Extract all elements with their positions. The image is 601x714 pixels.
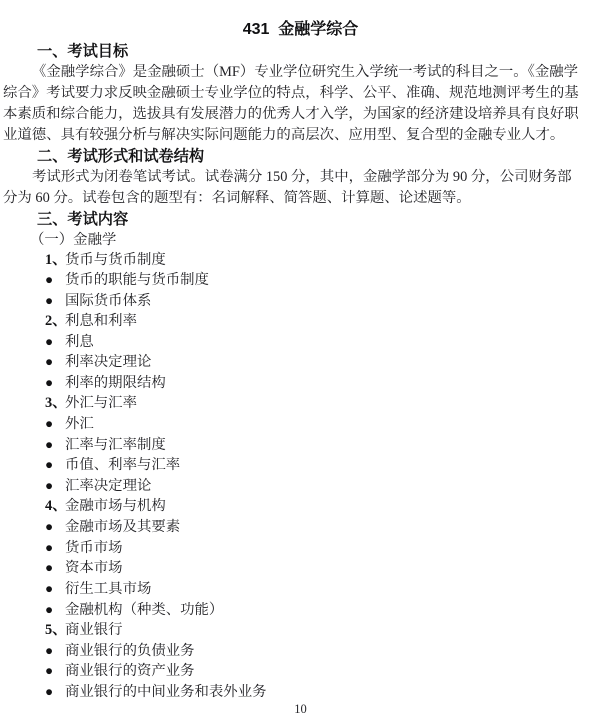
bullet-icon: ● bbox=[45, 558, 65, 578]
outline-item: 3、外汇与汇率 bbox=[45, 394, 601, 414]
outline-item-text: 商业银行的负债业务 bbox=[65, 643, 195, 659]
outline-item-text: 利息 bbox=[65, 334, 94, 350]
outline-item: ●外汇 bbox=[45, 414, 601, 435]
outline-item-text: 金融机构（种类、功能） bbox=[65, 602, 223, 618]
outline-item-text: 外汇 bbox=[65, 416, 94, 432]
outline-item-text: 货币与货币制度 bbox=[65, 252, 166, 268]
item-number: 5、 bbox=[45, 621, 65, 641]
bullet-icon: ● bbox=[45, 291, 65, 311]
outline-item-text: 金融市场与机构 bbox=[65, 498, 166, 514]
outline-item: ●商业银行的资产业务 bbox=[45, 661, 601, 682]
bullet-icon: ● bbox=[45, 455, 65, 475]
outline-item: ●利息 bbox=[45, 332, 601, 353]
outline-item-text: 利息和利率 bbox=[65, 313, 137, 329]
outline-item-text: 资本市场 bbox=[65, 560, 123, 576]
item-number: 4、 bbox=[45, 497, 65, 517]
item-number: 2、 bbox=[45, 312, 65, 332]
section-heading: 三、考试内容 bbox=[37, 209, 601, 230]
outline-item-text: 利率决定理论 bbox=[65, 354, 151, 370]
outline-item: ●利率的期限结构 bbox=[45, 373, 601, 394]
outline-item: ●国际货币体系 bbox=[45, 291, 601, 312]
outline-item-text: 衍生工具市场 bbox=[65, 581, 151, 597]
outline-item: 1、货币与货币制度 bbox=[45, 251, 601, 271]
bullet-icon: ● bbox=[45, 435, 65, 455]
bullet-icon: ● bbox=[45, 641, 65, 661]
paragraph-line: 《金融学综合》是金融硕士（MF）专业学位研究生入学统一考试的科目之一。《金融学 bbox=[3, 62, 599, 83]
outline-item-text: 商业银行 bbox=[65, 622, 123, 638]
outline-item-text: 货币市场 bbox=[65, 540, 123, 556]
section-subheading: （一）金融学 bbox=[30, 230, 601, 251]
bullet-icon: ● bbox=[45, 373, 65, 393]
item-number: 3、 bbox=[45, 394, 65, 414]
outline-item-text: 外汇与汇率 bbox=[65, 395, 137, 411]
outline-item: ●汇率与汇率制度 bbox=[45, 435, 601, 456]
document-content: 一、考试目标《金融学综合》是金融硕士（MF）专业学位研究生入学统一考试的科目之一… bbox=[0, 41, 601, 703]
outline-item: ●金融市场及其要素 bbox=[45, 517, 601, 538]
outline-item-text: 金融市场及其要素 bbox=[65, 519, 180, 535]
item-number: 1、 bbox=[45, 251, 65, 271]
outline-item: 5、商业银行 bbox=[45, 621, 601, 641]
bullet-icon: ● bbox=[45, 332, 65, 352]
bullet-icon: ● bbox=[45, 600, 65, 620]
document-page: 431 金融学综合 一、考试目标《金融学综合》是金融硕士（MF）专业学位研究生入… bbox=[0, 0, 601, 714]
outline-item: ●金融机构（种类、功能） bbox=[45, 600, 601, 621]
outline-item-text: 汇率与汇率制度 bbox=[65, 437, 166, 453]
outline-item: ●货币市场 bbox=[45, 538, 601, 559]
outline-item: ●衍生工具市场 bbox=[45, 579, 601, 600]
bullet-icon: ● bbox=[45, 476, 65, 496]
bullet-icon: ● bbox=[45, 414, 65, 434]
outline-item: ●资本市场 bbox=[45, 558, 601, 579]
outline-item: 2、利息和利率 bbox=[45, 312, 601, 332]
paragraph-line: 考试形式为闭卷笔试考试。试卷满分 150 分，其中，金融学部分为 90 分，公司… bbox=[3, 167, 599, 188]
outline-item: 4、金融市场与机构 bbox=[45, 497, 601, 517]
outline-item: ●商业银行的中间业务和表外业务 bbox=[45, 682, 601, 703]
outline-item-text: 汇率决定理论 bbox=[65, 478, 151, 494]
bullet-icon: ● bbox=[45, 270, 65, 290]
paragraph-line: 综合》考试要力求反映金融硕士专业学位的特点，科学、公平、准确、规范地测评考生的基 bbox=[3, 83, 599, 104]
outline-item: ●货币的职能与货币制度 bbox=[45, 270, 601, 291]
outline-item-text: 商业银行的中间业务和表外业务 bbox=[65, 684, 266, 700]
outline-item: ●商业银行的负债业务 bbox=[45, 641, 601, 662]
outline-item-text: 利率的期限结构 bbox=[65, 375, 166, 391]
section-heading: 一、考试目标 bbox=[37, 41, 601, 62]
bullet-icon: ● bbox=[45, 352, 65, 372]
paragraph-line: 本素质和综合能力，选拔具有发展潜力的优秀人才入学，为国家的经济建设培养具有良好职 bbox=[3, 104, 599, 125]
bullet-icon: ● bbox=[45, 682, 65, 702]
outline-item-text: 币值、利率与汇率 bbox=[65, 457, 180, 473]
bullet-icon: ● bbox=[45, 579, 65, 599]
outline-item: ●利率决定理论 bbox=[45, 352, 601, 373]
page-number: 10 bbox=[0, 702, 601, 714]
outline-item: ●汇率决定理论 bbox=[45, 476, 601, 497]
page-title: 431 金融学综合 bbox=[0, 0, 601, 38]
paragraph-line: 分为 60 分。试卷包含的题型有：名词解释、简答题、计算题、论述题等。 bbox=[3, 188, 599, 209]
paragraph-line: 业道德、具有较强分析与解决实际问题能力的高层次、应用型、复合型的金融专业人才。 bbox=[3, 125, 599, 146]
bullet-icon: ● bbox=[45, 538, 65, 558]
outline-item-text: 商业银行的资产业务 bbox=[65, 663, 195, 679]
outline-item-text: 货币的职能与货币制度 bbox=[65, 272, 209, 288]
outline-item: ●币值、利率与汇率 bbox=[45, 455, 601, 476]
bullet-icon: ● bbox=[45, 517, 65, 537]
bullet-icon: ● bbox=[45, 661, 65, 681]
outline-item-text: 国际货币体系 bbox=[65, 293, 151, 309]
section-heading: 二、考试形式和试卷结构 bbox=[37, 146, 601, 167]
